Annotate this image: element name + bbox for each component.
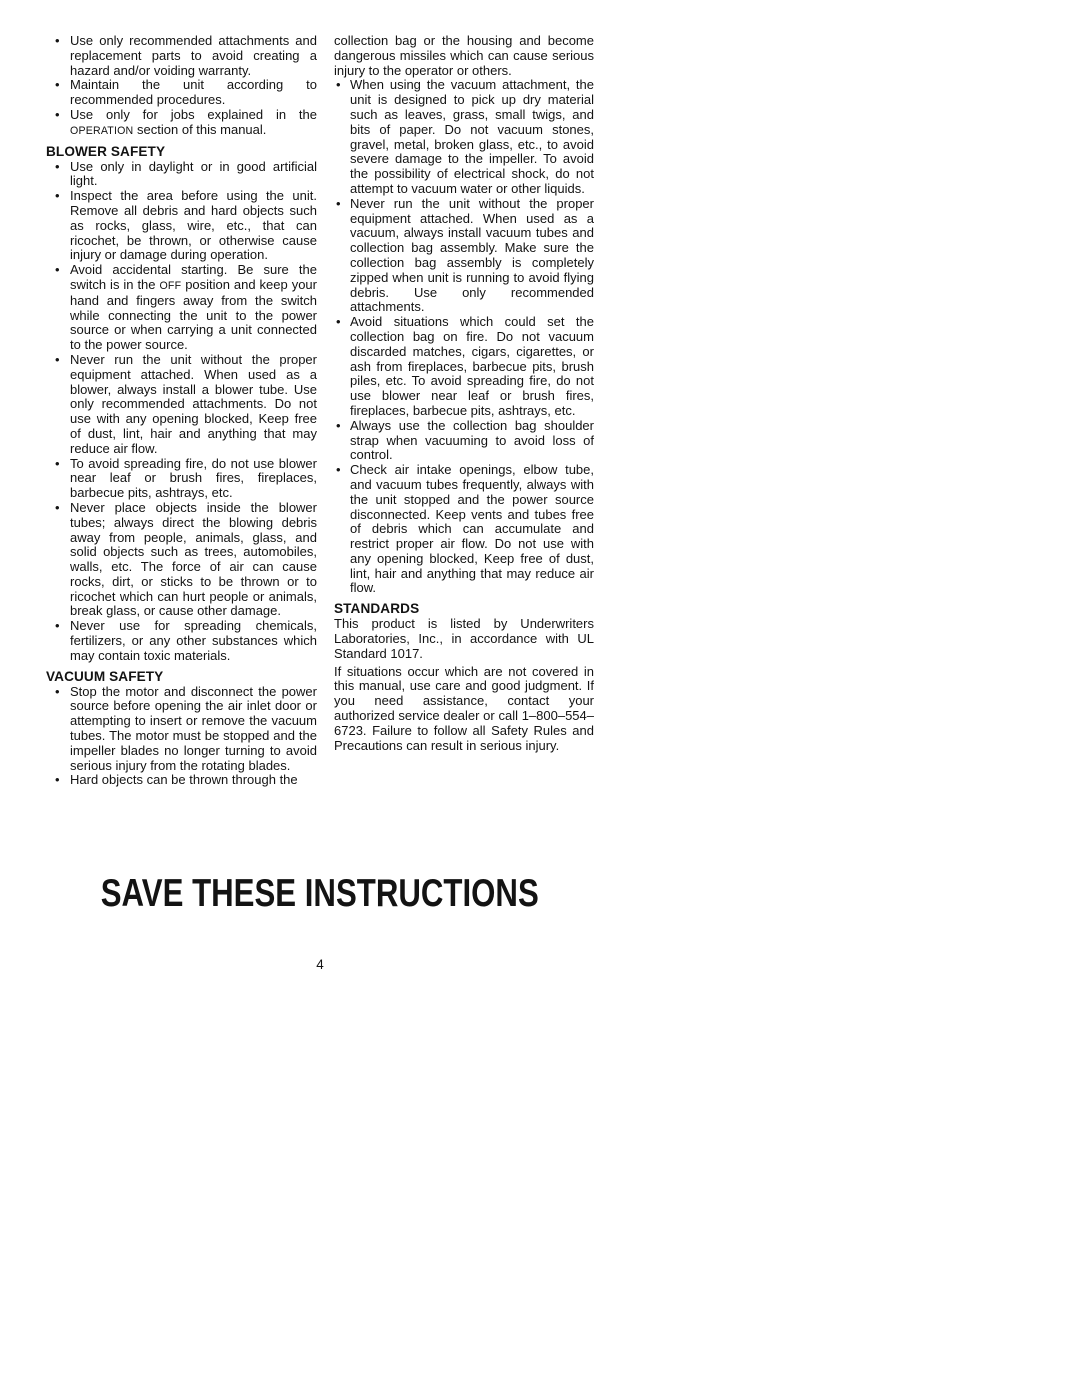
bullet-icon: •: [336, 463, 341, 478]
list-item: • Check air intake openings, elbow tube,…: [334, 463, 594, 596]
bullet-text: Inspect the area before using the unit. …: [70, 188, 317, 262]
bullet-icon: •: [55, 685, 60, 700]
list-item: • Use only for jobs explained in the OPE…: [46, 108, 317, 139]
bullet-icon: •: [336, 419, 341, 434]
bullet-text: Maintain the unit according to recommend…: [70, 77, 317, 107]
bullet-text: Use only in daylight or in good artifici…: [70, 159, 317, 189]
bullet-icon: •: [336, 315, 341, 330]
right-column: collection bag or the housing and become…: [334, 34, 594, 753]
list-item: • Hard objects can be thrown through the: [46, 773, 317, 788]
bullet-icon: •: [55, 108, 60, 123]
two-column-text-block: • Use only recommended attachments and r…: [46, 34, 594, 788]
bullet-text: Never run the unit without the proper eq…: [70, 352, 317, 456]
blower-safety-bullet-list: • Use only in daylight or in good artifi…: [46, 160, 317, 664]
bullet-icon: •: [55, 353, 60, 368]
bullet-text: Avoid situations which could set the col…: [350, 314, 594, 418]
page-number: 4: [46, 957, 594, 972]
bullet-text: Stop the motor and disconnect the power …: [70, 684, 317, 773]
bullet-text: Avoid accidental starting. Be sure the s…: [70, 262, 317, 352]
bullet-icon: •: [55, 773, 60, 788]
section-title-blower-safety: BLOWER SAFETY: [46, 144, 317, 159]
list-item: • Use only in daylight or in good artifi…: [46, 160, 317, 190]
bullet-text: To avoid spreading fire, do not use blow…: [70, 456, 317, 501]
bullet-icon: •: [55, 78, 60, 93]
list-item: • To avoid spreading fire, do not use bl…: [46, 457, 317, 501]
smallcaps-word: OPERATION: [70, 125, 133, 137]
bullet-text: Check air intake openings, elbow tube, a…: [350, 462, 594, 595]
list-item: • Use only recommended attachments and r…: [46, 34, 317, 78]
manual-page: • Use only recommended attachments and r…: [46, 34, 594, 788]
bullet-icon: •: [55, 457, 60, 472]
vacuum-safety-bullet-list: • Stop the motor and disconnect the powe…: [46, 685, 317, 789]
bullet-icon: •: [55, 34, 60, 49]
list-item: • Never run the unit without the proper …: [334, 197, 594, 315]
bullet-text: Use only for jobs explained in the OPERA…: [70, 107, 317, 137]
bullet-text: Never run the unit without the proper eq…: [350, 196, 594, 315]
list-item: • Avoid situations which could set the c…: [334, 315, 594, 419]
intro-bullet-list: • Use only recommended attachments and r…: [46, 34, 317, 139]
bullet-icon: •: [55, 263, 60, 278]
left-column: • Use only recommended attachments and r…: [46, 34, 317, 788]
bullet-icon: •: [55, 501, 60, 516]
bullet-icon: •: [55, 160, 60, 175]
save-instructions-heading: SAVE THESE INSTRUCTIONS: [46, 874, 594, 914]
list-item: • Never run the unit without the proper …: [46, 353, 317, 457]
list-item: • Never use for spreading chemicals, fer…: [46, 619, 317, 663]
bullet-icon: •: [336, 197, 341, 212]
section-title-standards: STANDARDS: [334, 601, 594, 616]
list-item: • When using the vacuum attachment, the …: [334, 78, 594, 196]
list-item: • Inspect the area before using the unit…: [46, 189, 317, 263]
list-item: • Always use the collection bag shoulder…: [334, 419, 594, 463]
vacuum-safety-bullet-list-continued: • When using the vacuum attachment, the …: [334, 78, 594, 596]
list-item: • Never place objects inside the blower …: [46, 501, 317, 619]
list-item: • Avoid accidental starting. Be sure the…: [46, 263, 317, 353]
bullet-text: Use only recommended attachments and rep…: [70, 33, 317, 78]
standards-paragraph: If situations occur which are not covere…: [334, 665, 594, 754]
smallcaps-word: OFF: [159, 280, 181, 292]
bullet-text: Hard objects can be thrown through the: [70, 772, 298, 787]
bullet-text: When using the vacuum attachment, the un…: [350, 77, 594, 196]
continuation-paragraph: collection bag or the housing and become…: [334, 34, 594, 78]
bullet-icon: •: [55, 189, 60, 204]
bullet-icon: •: [55, 619, 60, 634]
list-item: • Maintain the unit according to recomme…: [46, 78, 317, 108]
bullet-icon: •: [336, 78, 341, 93]
standards-paragraph: This product is listed by Underwriters L…: [334, 617, 594, 661]
list-item: • Stop the motor and disconnect the powe…: [46, 685, 317, 774]
section-title-vacuum-safety: VACUUM SAFETY: [46, 669, 317, 684]
bullet-text: Never place objects inside the blower tu…: [70, 500, 317, 619]
bullet-text: Never use for spreading chemicals, ferti…: [70, 618, 317, 663]
bullet-text: Always use the collection bag shoulder s…: [350, 418, 594, 463]
